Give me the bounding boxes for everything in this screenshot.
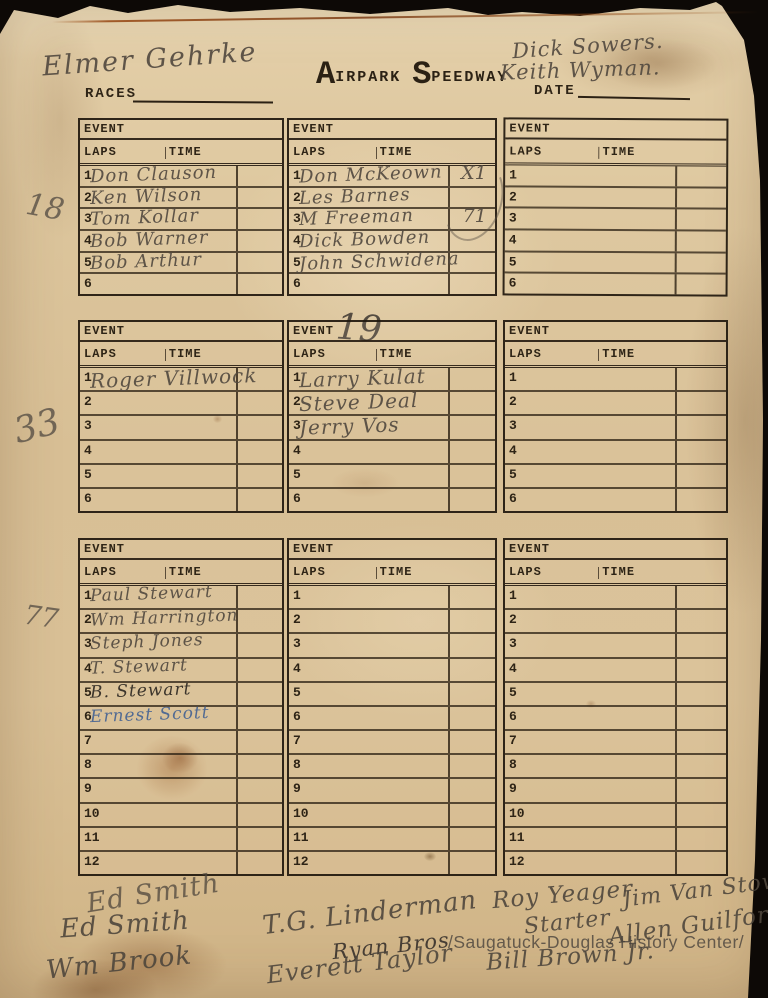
lap-row: 4 [289, 441, 495, 465]
lap-number: 6 [293, 276, 301, 291]
time-column-divider [675, 188, 677, 208]
time-column-divider [675, 610, 677, 632]
time-column-divider [675, 465, 677, 487]
event-label: EVENT [293, 324, 334, 338]
time-column-divider [675, 634, 677, 656]
lap-row: 2 [505, 187, 726, 210]
lap-row: 4 [505, 659, 726, 683]
date-label: DATE [534, 83, 576, 99]
time-column-divider [236, 683, 238, 705]
score-table-top-middle: EVENTLAPSTIME1Don McKeownX12Les Barnes3M… [287, 118, 497, 296]
laps-time-header-row: LAPSTIME [289, 560, 495, 586]
time-label: TIME [602, 144, 635, 158]
lap-number: 5 [293, 467, 301, 482]
time-column-divider [448, 392, 450, 414]
time-label: TIME [380, 145, 413, 159]
driver-name-handwritten: T. Stewart [90, 655, 188, 678]
laps-time-header-row: LAPSTIME [505, 560, 726, 586]
lap-rows: 1Don Clauson2Ken Wilson3Tom Kollar4Bob W… [80, 166, 282, 294]
lap-number: 9 [293, 781, 301, 796]
lap-row: 2 [289, 610, 495, 634]
score-table-bottom-left: EVENTLAPSTIME1Paul Stewart2Wm Harrington… [78, 538, 284, 876]
lap-number: 5 [509, 254, 517, 269]
time-column-divider [675, 210, 677, 230]
lap-row: 5 [505, 252, 726, 275]
time-handwritten: X1 [461, 162, 487, 184]
driver-name-handwritten: M Freeman [299, 205, 415, 230]
lap-row: 1 [505, 586, 726, 610]
column-divider-tick [598, 349, 599, 361]
lap-number: 11 [509, 830, 525, 845]
time-label: TIME [380, 565, 413, 579]
lap-row: 6 [289, 274, 495, 294]
time-column-divider [676, 166, 678, 186]
time-column-divider [236, 392, 238, 414]
time-column-divider [675, 275, 677, 295]
lap-number: 3 [84, 418, 92, 433]
event-header-row: EVENT [80, 322, 282, 342]
lap-row: 2 [505, 392, 726, 416]
lap-row: 1 [505, 165, 726, 188]
time-column-divider [236, 852, 238, 874]
driver-name-handwritten: John Schwidena [299, 248, 460, 275]
column-divider-tick [376, 567, 377, 579]
laps-label: LAPS [289, 145, 326, 159]
lap-row: 11 [289, 828, 495, 852]
lap-number: 5 [509, 467, 517, 482]
title-letter: A [316, 56, 335, 93]
event-label: EVENT [509, 121, 550, 135]
lap-row: 3 [289, 634, 495, 658]
lap-number: 7 [509, 733, 517, 748]
lap-number: 6 [84, 491, 92, 506]
time-column-divider [236, 779, 238, 801]
lap-number: 1 [509, 370, 517, 385]
time-column-divider [675, 392, 677, 414]
driver-name-handwritten: Roger Villwock [90, 363, 258, 393]
lap-number: 2 [293, 612, 301, 627]
lap-rows: 123456789101112 [505, 586, 726, 874]
time-column-divider [236, 441, 238, 463]
event-header-row: EVENT [80, 120, 282, 140]
driver-name-handwritten: Paul Stewart [90, 582, 213, 606]
score-table-bottom-right: EVENTLAPSTIME123456789101112 [503, 538, 728, 876]
time-column-divider [675, 489, 677, 511]
time-column-divider [675, 586, 677, 608]
time-column-divider [236, 231, 238, 251]
lap-number: 7 [293, 733, 301, 748]
driver-name-handwritten: Jerry Vos [299, 413, 400, 440]
lap-row: 8 [80, 755, 282, 779]
driver-name-handwritten: Steph Jones [90, 630, 204, 654]
event-label: EVENT [509, 324, 550, 338]
lap-number: 10 [509, 806, 525, 821]
margin-note-18: 18 [23, 187, 67, 228]
time-column-divider [236, 253, 238, 273]
lap-number: 2 [509, 394, 517, 409]
lap-row: 6 [505, 274, 726, 295]
time-label: TIME [602, 565, 635, 579]
time-column-divider [236, 188, 238, 208]
time-column-divider [448, 804, 450, 826]
time-column-divider [675, 755, 677, 777]
laps-label: LAPS [80, 145, 117, 159]
time-column-divider [448, 779, 450, 801]
event-label: EVENT [84, 324, 125, 338]
laps-time-header-row: LAPSTIME [505, 139, 726, 166]
lap-number: 2 [509, 189, 517, 204]
time-column-divider [675, 779, 677, 801]
laps-label: LAPS [80, 565, 117, 579]
time-column-divider [448, 683, 450, 705]
lap-row: 8 [289, 755, 495, 779]
driver-name-handwritten: Don McKeown [299, 162, 443, 188]
lap-rows: 1Roger Villwock23456 [80, 368, 282, 511]
lap-number: 1 [509, 588, 517, 603]
driver-name-handwritten: Dick Bowden [299, 227, 431, 253]
lap-number: 4 [509, 232, 517, 247]
time-column-divider [236, 465, 238, 487]
lap-row: 1 [505, 368, 726, 392]
time-column-divider [675, 441, 677, 463]
lap-row: 6 [505, 707, 726, 731]
lap-row: 7 [505, 731, 726, 755]
laps-time-header-row: LAPSTIME [505, 342, 726, 368]
time-column-divider [675, 804, 677, 826]
lap-row: 10 [80, 804, 282, 828]
lap-row: 11 [80, 828, 282, 852]
lap-number: 5 [293, 685, 301, 700]
time-column-divider [675, 683, 677, 705]
lap-number: 6 [509, 276, 517, 291]
lap-row: 3 [505, 416, 726, 440]
lap-number: 12 [293, 854, 309, 869]
event-header-row: EVENT [289, 120, 495, 140]
driver-name-handwritten: Wm Harrington [90, 606, 239, 631]
lap-row: 7 [80, 731, 282, 755]
lap-row: 11 [505, 828, 726, 852]
time-column-divider [236, 707, 238, 729]
lap-number: 5 [509, 685, 517, 700]
lap-row: 5 [505, 683, 726, 707]
lap-number: 4 [84, 443, 92, 458]
lap-rows: 1Paul Stewart2Wm Harrington3Steph Jones4… [80, 586, 282, 874]
lap-row: 9 [80, 779, 282, 803]
score-table-mid-left: EVENTLAPSTIME1Roger Villwock23456 [78, 320, 284, 513]
lap-row: 6 [289, 707, 495, 731]
laps-label: LAPS [505, 565, 542, 579]
lap-row: 5John Schwidena [289, 253, 495, 275]
time-column-divider [448, 166, 450, 186]
lap-number: 1 [293, 588, 301, 603]
time-column-divider [448, 707, 450, 729]
lap-row: 5 [505, 465, 726, 489]
lap-row: 1Roger Villwock [80, 368, 282, 392]
column-divider-tick [165, 567, 166, 579]
lap-row: 4 [505, 230, 726, 253]
event-header-row: EVENT [505, 119, 726, 140]
lap-row: 3Jerry Vos [289, 416, 495, 440]
column-divider-tick [376, 147, 377, 159]
lap-number: 6 [293, 709, 301, 724]
lap-number: 4 [509, 661, 517, 676]
time-column-divider [675, 368, 677, 390]
driver-name-handwritten: Steve Deal [299, 388, 419, 416]
lap-number: 9 [509, 781, 517, 796]
lap-row: 6 [80, 489, 282, 511]
time-label: TIME [169, 565, 202, 579]
time-column-divider [675, 852, 677, 874]
lap-row: 10 [505, 804, 726, 828]
lap-number: 2 [84, 394, 92, 409]
lap-row: 9 [505, 779, 726, 803]
lap-row: 5 [80, 465, 282, 489]
lap-number: 4 [293, 661, 301, 676]
time-column-divider [448, 441, 450, 463]
event-header-row: EVENT [289, 540, 495, 560]
lap-rows: 1Larry Kulat2Steve Deal3Jerry Vos456 [289, 368, 495, 511]
column-divider-tick [165, 349, 166, 361]
driver-name-handwritten: B. Stewart [90, 679, 192, 703]
time-column-divider [236, 166, 238, 186]
title-word: IRPARK [335, 69, 412, 86]
time-column-divider [448, 274, 450, 294]
driver-name-handwritten: Bob Arthur [90, 249, 203, 274]
lap-rows: 123456 [505, 368, 726, 511]
time-column-divider [675, 731, 677, 753]
lap-row: 2 [505, 610, 726, 634]
lap-number: 3 [293, 636, 301, 651]
laps-label: LAPS [289, 347, 326, 361]
laps-label: LAPS [505, 144, 542, 158]
time-column-divider [236, 489, 238, 511]
time-column-divider [675, 659, 677, 681]
time-column-divider [448, 368, 450, 390]
lap-row: 5 [289, 465, 495, 489]
event-label: EVENT [84, 542, 125, 556]
column-divider-tick [165, 147, 166, 159]
score-table-top-left: EVENTLAPSTIME1Don Clauson2Ken Wilson3Tom… [78, 118, 284, 296]
lap-row: 6 [80, 274, 282, 294]
lap-number: 1 [509, 167, 517, 182]
history-center-watermark: /Saugatuck-Douglas History Center/ [448, 932, 744, 953]
lap-number: 8 [84, 757, 92, 772]
time-label: TIME [602, 347, 635, 361]
event-label: EVENT [509, 542, 550, 556]
event-label: EVENT [293, 542, 334, 556]
lap-row: 7 [289, 731, 495, 755]
score-table-top-right: EVENTLAPSTIME123456 [503, 117, 729, 296]
lap-row: 4 [80, 441, 282, 465]
time-column-divider [448, 852, 450, 874]
lap-row: 10 [289, 804, 495, 828]
time-column-divider [675, 253, 677, 273]
time-column-divider [448, 489, 450, 511]
event-label: EVENT [293, 122, 334, 136]
driver-name-handwritten: Bob Warner [90, 227, 209, 252]
lap-row: 9 [289, 779, 495, 803]
lap-row: 8 [505, 755, 726, 779]
event-header-row: EVENT [289, 322, 495, 342]
time-label: TIME [169, 347, 202, 361]
time-handwritten: 71 [463, 205, 487, 227]
lap-number: 6 [509, 709, 517, 724]
lap-number: 4 [509, 443, 517, 458]
time-column-divider [675, 416, 677, 438]
time-column-divider [675, 231, 677, 251]
lap-row: 12 [505, 852, 726, 874]
laps-label: LAPS [289, 565, 326, 579]
time-column-divider [236, 209, 238, 229]
time-column-divider [236, 274, 238, 294]
time-column-divider [236, 659, 238, 681]
score-table-bottom-middle: EVENTLAPSTIME123456789101112 [287, 538, 497, 876]
laps-label: LAPS [80, 347, 117, 361]
time-label: TIME [169, 145, 202, 159]
lap-number: 8 [509, 757, 517, 772]
time-column-divider [448, 828, 450, 850]
lap-row: 6 [505, 489, 726, 511]
time-column-divider [236, 804, 238, 826]
time-column-divider [236, 416, 238, 438]
event-header-row: EVENT [505, 540, 726, 560]
lap-row: 4 [289, 659, 495, 683]
score-table-mid-right: EVENTLAPSTIME123456 [503, 320, 728, 513]
column-divider-tick [598, 147, 599, 159]
races-label: RACES [85, 86, 137, 102]
time-column-divider [236, 755, 238, 777]
score-table-mid-middle: EVENTLAPSTIME1Larry Kulat2Steve Deal3Jer… [287, 320, 497, 513]
lap-number: 9 [84, 781, 92, 796]
lap-row: 5Bob Arthur [80, 253, 282, 275]
lap-number: 11 [84, 830, 100, 845]
margin-note-77: 77 [22, 600, 60, 635]
time-column-divider [448, 610, 450, 632]
lap-row: 6Ernest Scott [80, 707, 282, 731]
title-word: PEEDWAY [431, 69, 508, 86]
lap-row: 5 [289, 683, 495, 707]
time-column-divider [448, 731, 450, 753]
lap-number: 7 [84, 733, 92, 748]
lap-number: 8 [293, 757, 301, 772]
time-label: TIME [380, 347, 413, 361]
lap-number: 6 [84, 276, 92, 291]
lap-row: 6 [289, 489, 495, 511]
lap-row: 3 [505, 209, 726, 232]
lap-number: 12 [84, 854, 100, 869]
lap-row: 2 [80, 392, 282, 416]
time-column-divider [448, 465, 450, 487]
lap-row: 3 [80, 416, 282, 440]
lap-row: 1 [289, 586, 495, 610]
time-column-divider [236, 828, 238, 850]
title-letter: S [412, 56, 431, 93]
driver-name-handwritten: Tom Kollar [90, 205, 200, 230]
time-column-divider [448, 586, 450, 608]
lap-number: 2 [509, 612, 517, 627]
time-column-divider [236, 634, 238, 656]
lap-number: 5 [84, 467, 92, 482]
lap-number: 6 [509, 491, 517, 506]
time-column-divider [675, 828, 677, 850]
column-divider-tick [376, 349, 377, 361]
lap-number: 11 [293, 830, 309, 845]
lap-number: 6 [293, 491, 301, 506]
event-header-row: EVENT [80, 540, 282, 560]
event-header-row: EVENT [505, 322, 726, 342]
lap-number: 10 [293, 806, 309, 821]
time-column-divider [448, 755, 450, 777]
lap-row: 12 [80, 852, 282, 874]
driver-name-handwritten: Ernest Scott [90, 703, 210, 727]
time-column-divider [448, 659, 450, 681]
lap-number: 4 [293, 443, 301, 458]
lap-row: 4 [505, 441, 726, 465]
column-divider-tick [598, 567, 599, 579]
lap-number: 12 [509, 854, 525, 869]
lap-number: 3 [509, 211, 517, 226]
time-column-divider [675, 707, 677, 729]
time-column-divider [448, 416, 450, 438]
lap-row: 3 [505, 634, 726, 658]
event-label: EVENT [84, 122, 125, 136]
laps-label: LAPS [505, 347, 542, 361]
time-column-divider [448, 634, 450, 656]
lap-rows: 123456789101112 [289, 586, 495, 874]
lap-number: 3 [509, 636, 517, 651]
lap-row: 12 [289, 852, 495, 874]
lap-number: 3 [509, 418, 517, 433]
lap-rows: 123456 [505, 165, 727, 294]
time-column-divider [236, 731, 238, 753]
page-title: AIRPARK SPEEDWAY [316, 56, 508, 93]
lap-number: 10 [84, 806, 100, 821]
